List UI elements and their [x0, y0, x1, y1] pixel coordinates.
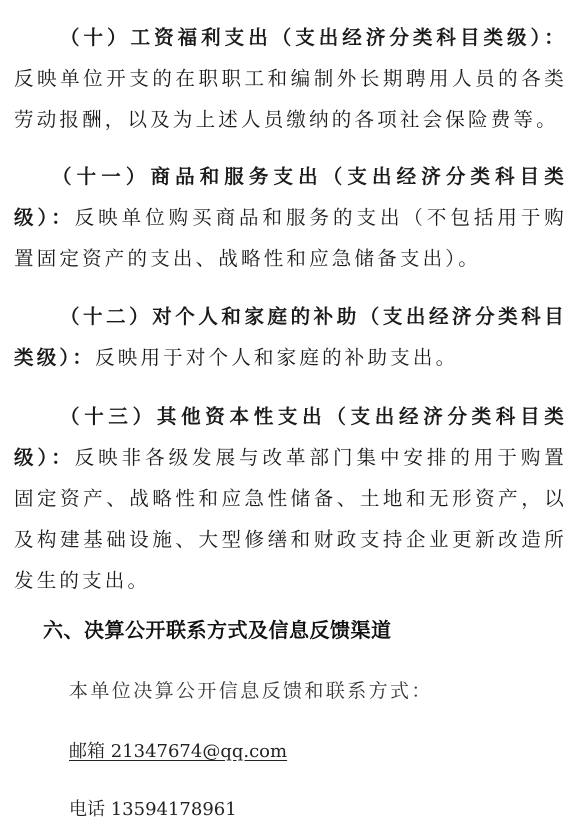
section-heading: 六、决算公开联系方式及信息反馈渠道 [43, 614, 392, 643]
contact-intro: 本单位决算公开信息反馈和联系方式： [69, 676, 433, 703]
paragraph-other-capital: （十三）其他资本性支出（支出经济分类科目类级）：反映非各级发展与改革部门集中安排… [14, 396, 567, 601]
paragraph-household-subsidies: （十二）对个人和家庭的补助（支出经济分类科目类级）：反映用于对个人和家庭的补助支… [14, 296, 567, 378]
contact-phone: 电话 13594178961 [69, 795, 237, 821]
paragraph-body: 反映单位购买商品和服务的支出（不包括用于购置固定资产的支出、战略性和应急储备支出… [14, 206, 567, 270]
paragraph-body: 反映非各级发展与改革部门集中安排的用于购置固定资产、战略性和应急性储备、土地和无… [14, 446, 567, 592]
paragraph-lead: （十）工资福利支出（支出经济分类科目类级）： [60, 26, 567, 49]
paragraph-body: 反映单位开支的在职职工和编制外长期聘用人员的各类劳动报酬，以及为上述人员缴纳的各… [14, 67, 567, 131]
paragraph-body: 反映用于对个人和家庭的补助支出。 [95, 346, 458, 369]
contact-email-link[interactable]: 邮箱 21347674@qq.com [69, 737, 287, 763]
paragraph-wages-benefits: （十）工资福利支出（支出经济分类科目类级）：反映单位开支的在职职工和编制外长期聘… [14, 17, 567, 140]
paragraph-goods-services: （十一）商品和服务支出（支出经济分类科目类级）：反映单位购买商品和服务的支出（不… [14, 156, 567, 279]
